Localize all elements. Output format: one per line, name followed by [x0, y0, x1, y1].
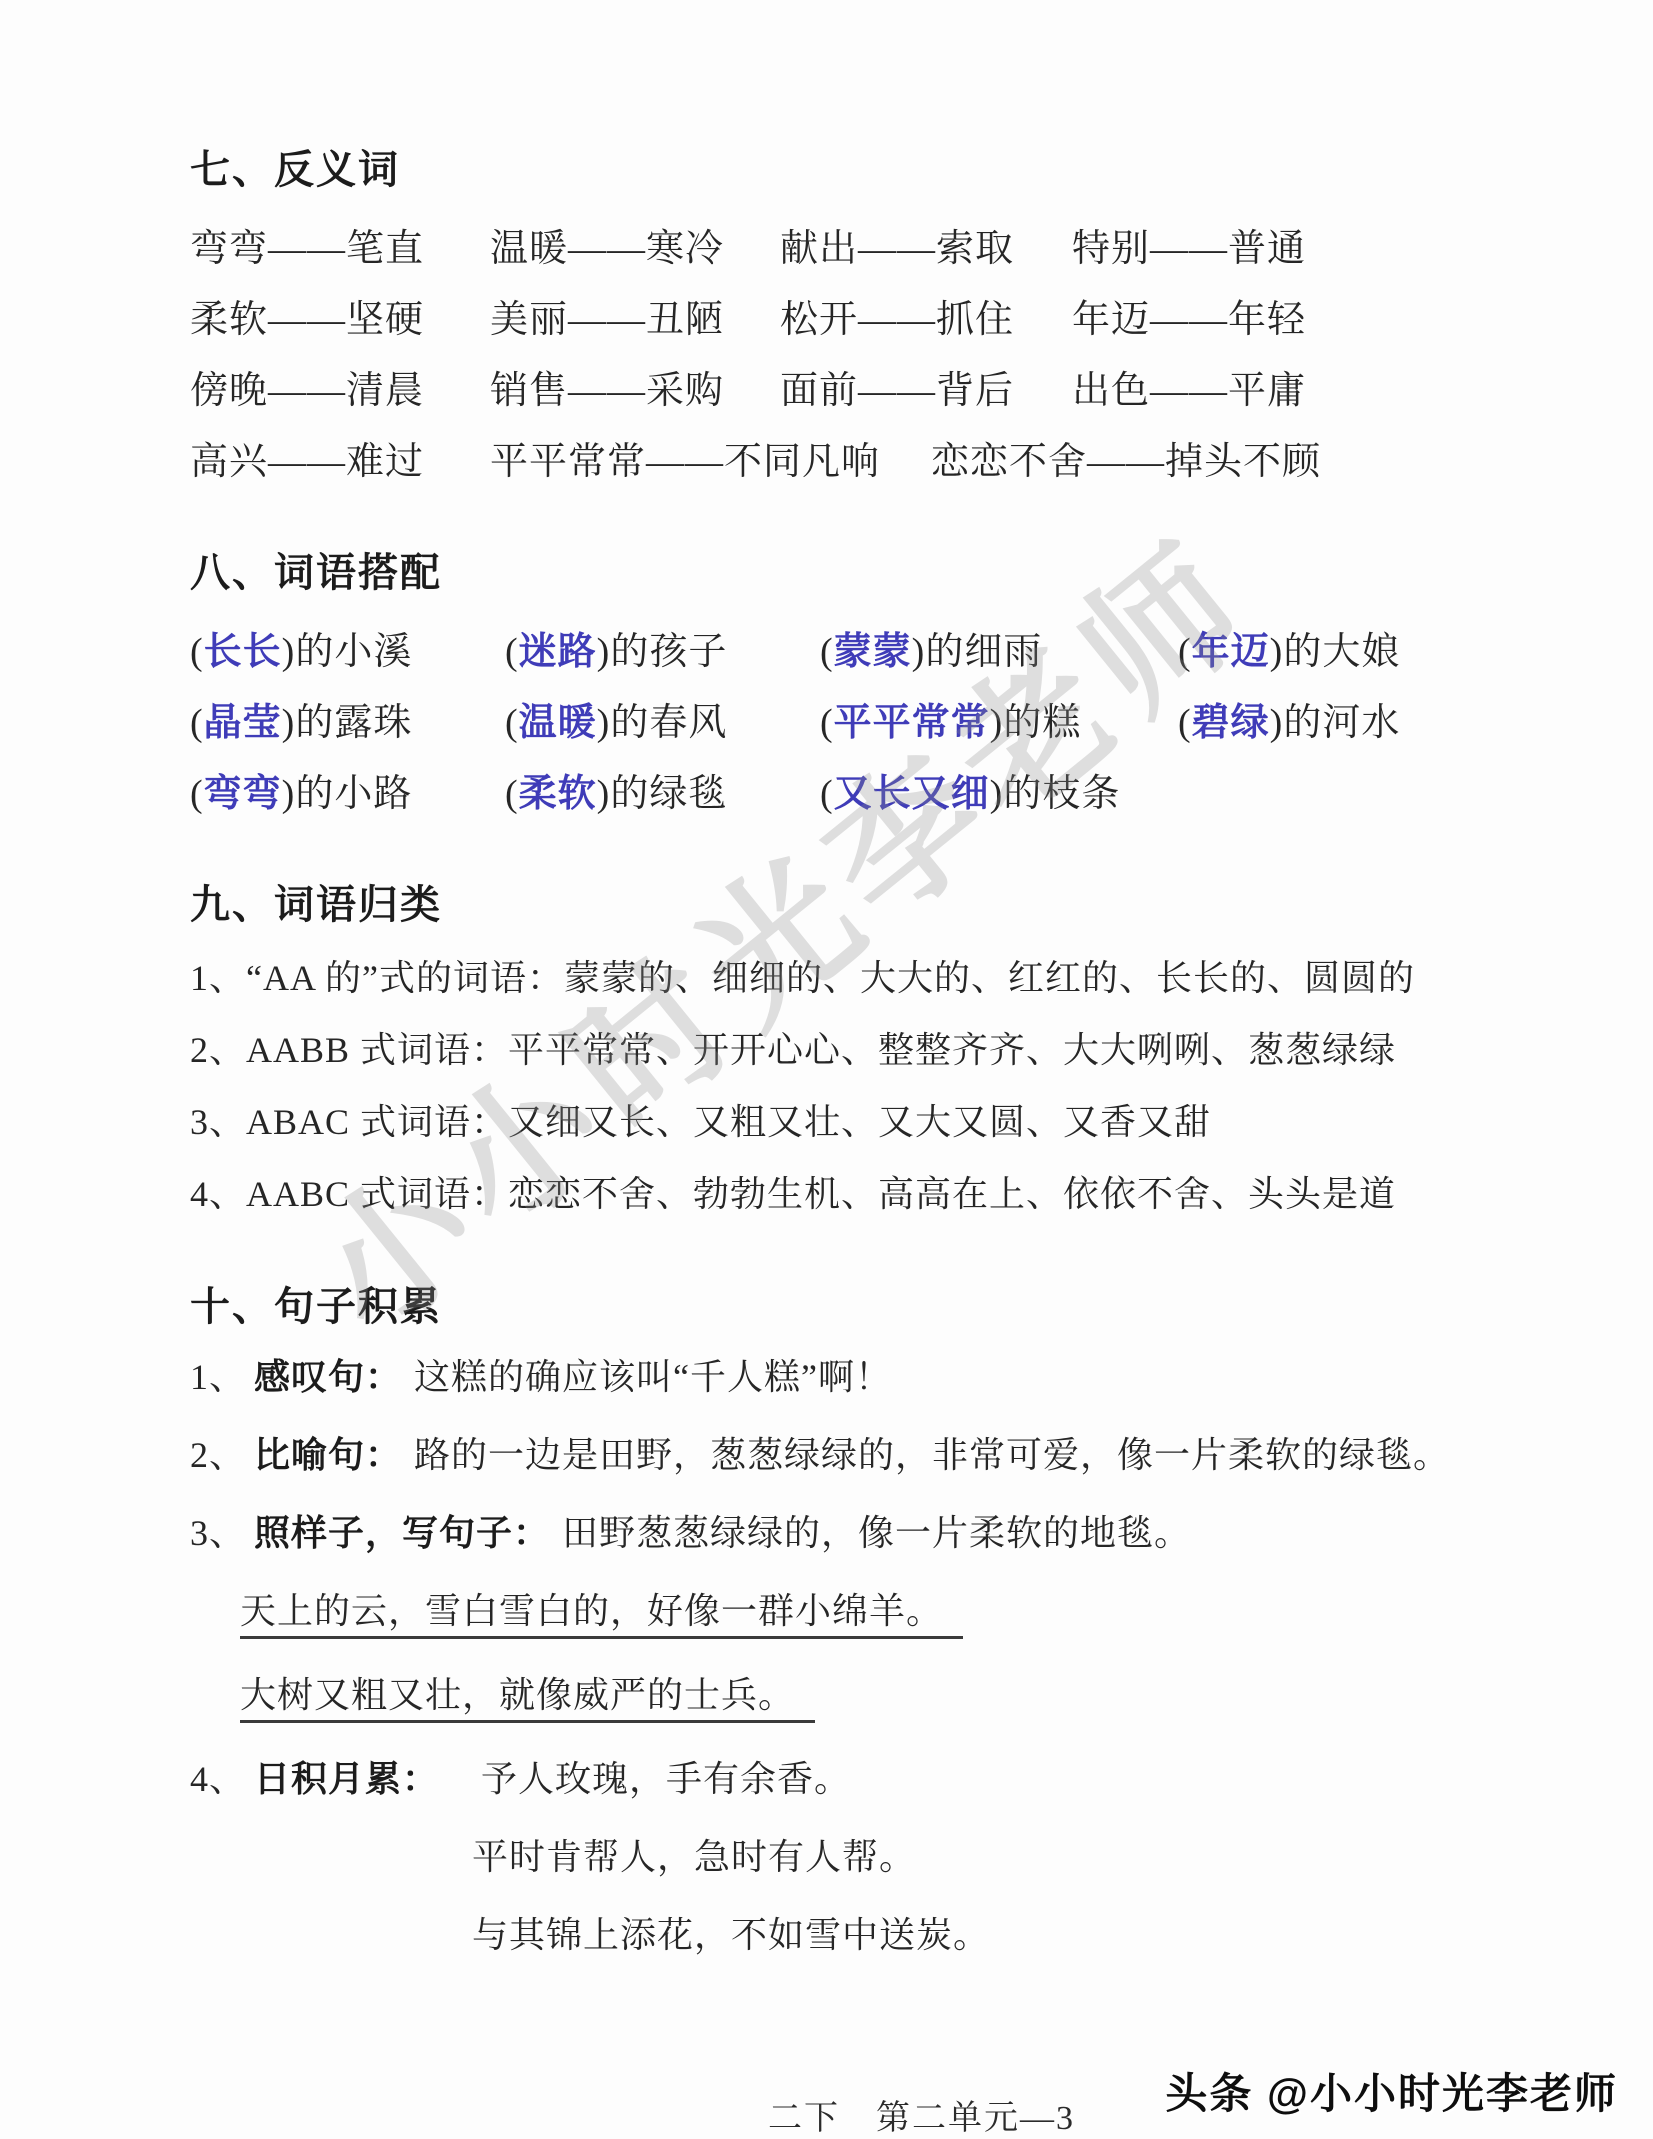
- collocation-row: (弯弯)的小路 (柔软)的绿毯 (又长又细)的枝条: [190, 772, 1653, 816]
- antonym-pair: 特别——普通: [1072, 227, 1653, 271]
- collocation-answer: 长长: [204, 631, 282, 673]
- antonym-row: 弯弯——笔直 温暖——寒冷 献出——索取 特别——普通: [190, 227, 1653, 271]
- sentence-item: 3、照样子，写句子：田野葱葱绿绿的，像一片柔软的地毯。: [190, 1511, 1653, 1555]
- sentence-number: 1、: [190, 1357, 246, 1397]
- section-categories-heading: 九、词语归类: [190, 883, 1653, 927]
- antonym-pair: 傍晚——清晨: [190, 369, 490, 413]
- collocation: (平平常常)的糕: [820, 701, 1178, 745]
- category-line: 2、AABB 式词语：平平常常、开开心心、整整齐齐、大大咧咧、葱葱绿绿: [190, 1028, 1653, 1072]
- sentence-type-label: 照样子，写句子：: [254, 1513, 550, 1553]
- collocation-answer: 晶莹: [204, 702, 282, 744]
- antonym-pair: 恋恋不舍——掉头不顾: [931, 440, 1653, 484]
- collocation-row: (长长)的小溪 (迷路)的孩子 (蒙蒙)的细雨 (年迈)的大娘: [190, 630, 1653, 674]
- collocation-answer: 迷路: [519, 631, 597, 673]
- collocation-answer: 蒙蒙: [834, 631, 912, 673]
- antonym-pair: 温暖——寒冷: [490, 227, 780, 271]
- sentence-type-label: 感叹句：: [254, 1357, 402, 1397]
- sentence-text: 这糕的确应该叫“千人糕”啊！: [414, 1357, 892, 1397]
- collocation-answer: 年迈: [1192, 631, 1270, 673]
- antonym-pair: 面前——背后: [780, 369, 1072, 413]
- sentence-number: 2、: [190, 1435, 246, 1475]
- antonym-pair: 高兴——难过: [190, 440, 490, 484]
- collocation-answer: 温暖: [519, 702, 597, 744]
- sentence-text: 予人玫瑰，手有余香。: [481, 1759, 851, 1799]
- proverb-line: 平时肯帮人，急时有人帮。: [190, 1835, 1653, 1879]
- collocation: (碧绿)的河水: [1178, 701, 1653, 745]
- sentence-number: 4、: [190, 1759, 246, 1799]
- antonym-row: 傍晚——清晨 销售——采购 面前——背后 出色——平庸: [190, 369, 1653, 413]
- antonym-pair: 献出——索取: [780, 227, 1072, 271]
- collocation: (年迈)的大娘: [1178, 630, 1653, 674]
- collocation-answer: 又长又细: [834, 773, 990, 815]
- section-antonyms-heading: 七、反义词: [190, 148, 1653, 192]
- antonym-pair: 平平常常——不同凡响: [490, 440, 931, 484]
- antonym-row: 高兴——难过 平平常常——不同凡响 恋恋不舍——掉头不顾: [190, 440, 1653, 484]
- sentence-item: 1、感叹句：这糕的确应该叫“千人糕”啊！: [190, 1355, 1653, 1399]
- collocation: (弯弯)的小路: [190, 772, 505, 816]
- credit-watermark: 头条 @小小时光李老师: [1165, 2061, 1618, 2121]
- example-sentence: 大树又粗又壮，就像威严的士兵。: [190, 1673, 1653, 1723]
- sentence-text: 田野葱葱绿绿的，像一片柔软的地毯。: [562, 1513, 1191, 1553]
- collocation: (蒙蒙)的细雨: [820, 630, 1178, 674]
- collocation: (晶莹)的露珠: [190, 701, 505, 745]
- collocation-answer: 弯弯: [204, 773, 282, 815]
- antonym-row: 柔软——坚硬 美丽——丑陋 松开——抓住 年迈——年轻: [190, 298, 1653, 342]
- underlined-sentence: 大树又粗又壮，就像威严的士兵。: [240, 1673, 815, 1723]
- antonym-pair: 弯弯——笔直: [190, 227, 490, 271]
- category-line: 1、“AA 的”式的词语：蒙蒙的、细细的、大大的、红红的、长长的、圆圆的: [190, 956, 1653, 1000]
- underlined-sentence: 天上的云，雪白雪白的，好像一群小绵羊。: [240, 1589, 963, 1639]
- sentence-item: 2、比喻句：路的一边是田野，葱葱绿绿的，非常可爱，像一片柔软的绿毯。: [190, 1433, 1653, 1477]
- collocation: (温暖)的春风: [505, 701, 820, 745]
- sentence-text: 路的一边是田野，葱葱绿绿的，非常可爱，像一片柔软的绿毯。: [414, 1435, 1450, 1475]
- collocation-answer: 碧绿: [1192, 702, 1270, 744]
- antonym-pair: 柔软——坚硬: [190, 298, 490, 342]
- section-collocations-heading: 八、词语搭配: [190, 551, 1653, 595]
- sentence-type-label: 日积月累：: [254, 1759, 439, 1799]
- worksheet-page: 小小时光李老师 七、反义词 弯弯——笔直 温暖——寒冷 献出——索取 特别——普…: [0, 0, 1653, 2139]
- antonym-pair: 松开——抓住: [780, 298, 1072, 342]
- collocation: (又长又细)的枝条: [820, 772, 1178, 816]
- antonym-pair: 出色——平庸: [1072, 369, 1653, 413]
- section-categories: 九、词语归类 1、“AA 的”式的词语：蒙蒙的、细细的、大大的、红红的、长长的、…: [190, 883, 1653, 1216]
- sentence-item: 4、日积月累：予人玫瑰，手有余香。: [190, 1757, 1653, 1801]
- section-sentences-heading: 十、句子积累: [190, 1285, 1653, 1329]
- collocation: (迷路)的孩子: [505, 630, 820, 674]
- sentence-type-label: 比喻句：: [254, 1435, 402, 1475]
- collocation: (长长)的小溪: [190, 630, 505, 674]
- section-sentences: 十、句子积累 1、感叹句：这糕的确应该叫“千人糕”啊！ 2、比喻句：路的一边是田…: [190, 1285, 1653, 1957]
- collocation-answer: 平平常常: [834, 702, 990, 744]
- example-sentence: 天上的云，雪白雪白的，好像一群小绵羊。: [190, 1589, 1653, 1639]
- sentence-number: 3、: [190, 1513, 246, 1553]
- section-collocations: 八、词语搭配 (长长)的小溪 (迷路)的孩子 (蒙蒙)的细雨 (年迈)的大娘 (…: [190, 551, 1653, 816]
- antonym-pair: 年迈——年轻: [1072, 298, 1653, 342]
- collocation-answer: 柔软: [519, 773, 597, 815]
- proverb-line: 与其锦上添花，不如雪中送炭。: [190, 1913, 1653, 1957]
- antonym-pair: 美丽——丑陋: [490, 298, 780, 342]
- category-line: 4、AABC 式词语：恋恋不舍、勃勃生机、高高在上、依依不舍、头头是道: [190, 1172, 1653, 1216]
- category-line: 3、ABAC 式词语：又细又长、又粗又壮、又大又圆、又香又甜: [190, 1100, 1653, 1144]
- section-antonyms: 七、反义词 弯弯——笔直 温暖——寒冷 献出——索取 特别——普通 柔软——坚硬…: [190, 148, 1653, 484]
- collocation-row: (晶莹)的露珠 (温暖)的春风 (平平常常)的糕 (碧绿)的河水: [190, 701, 1653, 745]
- collocation: (柔软)的绿毯: [505, 772, 820, 816]
- antonym-pair: 销售——采购: [490, 369, 780, 413]
